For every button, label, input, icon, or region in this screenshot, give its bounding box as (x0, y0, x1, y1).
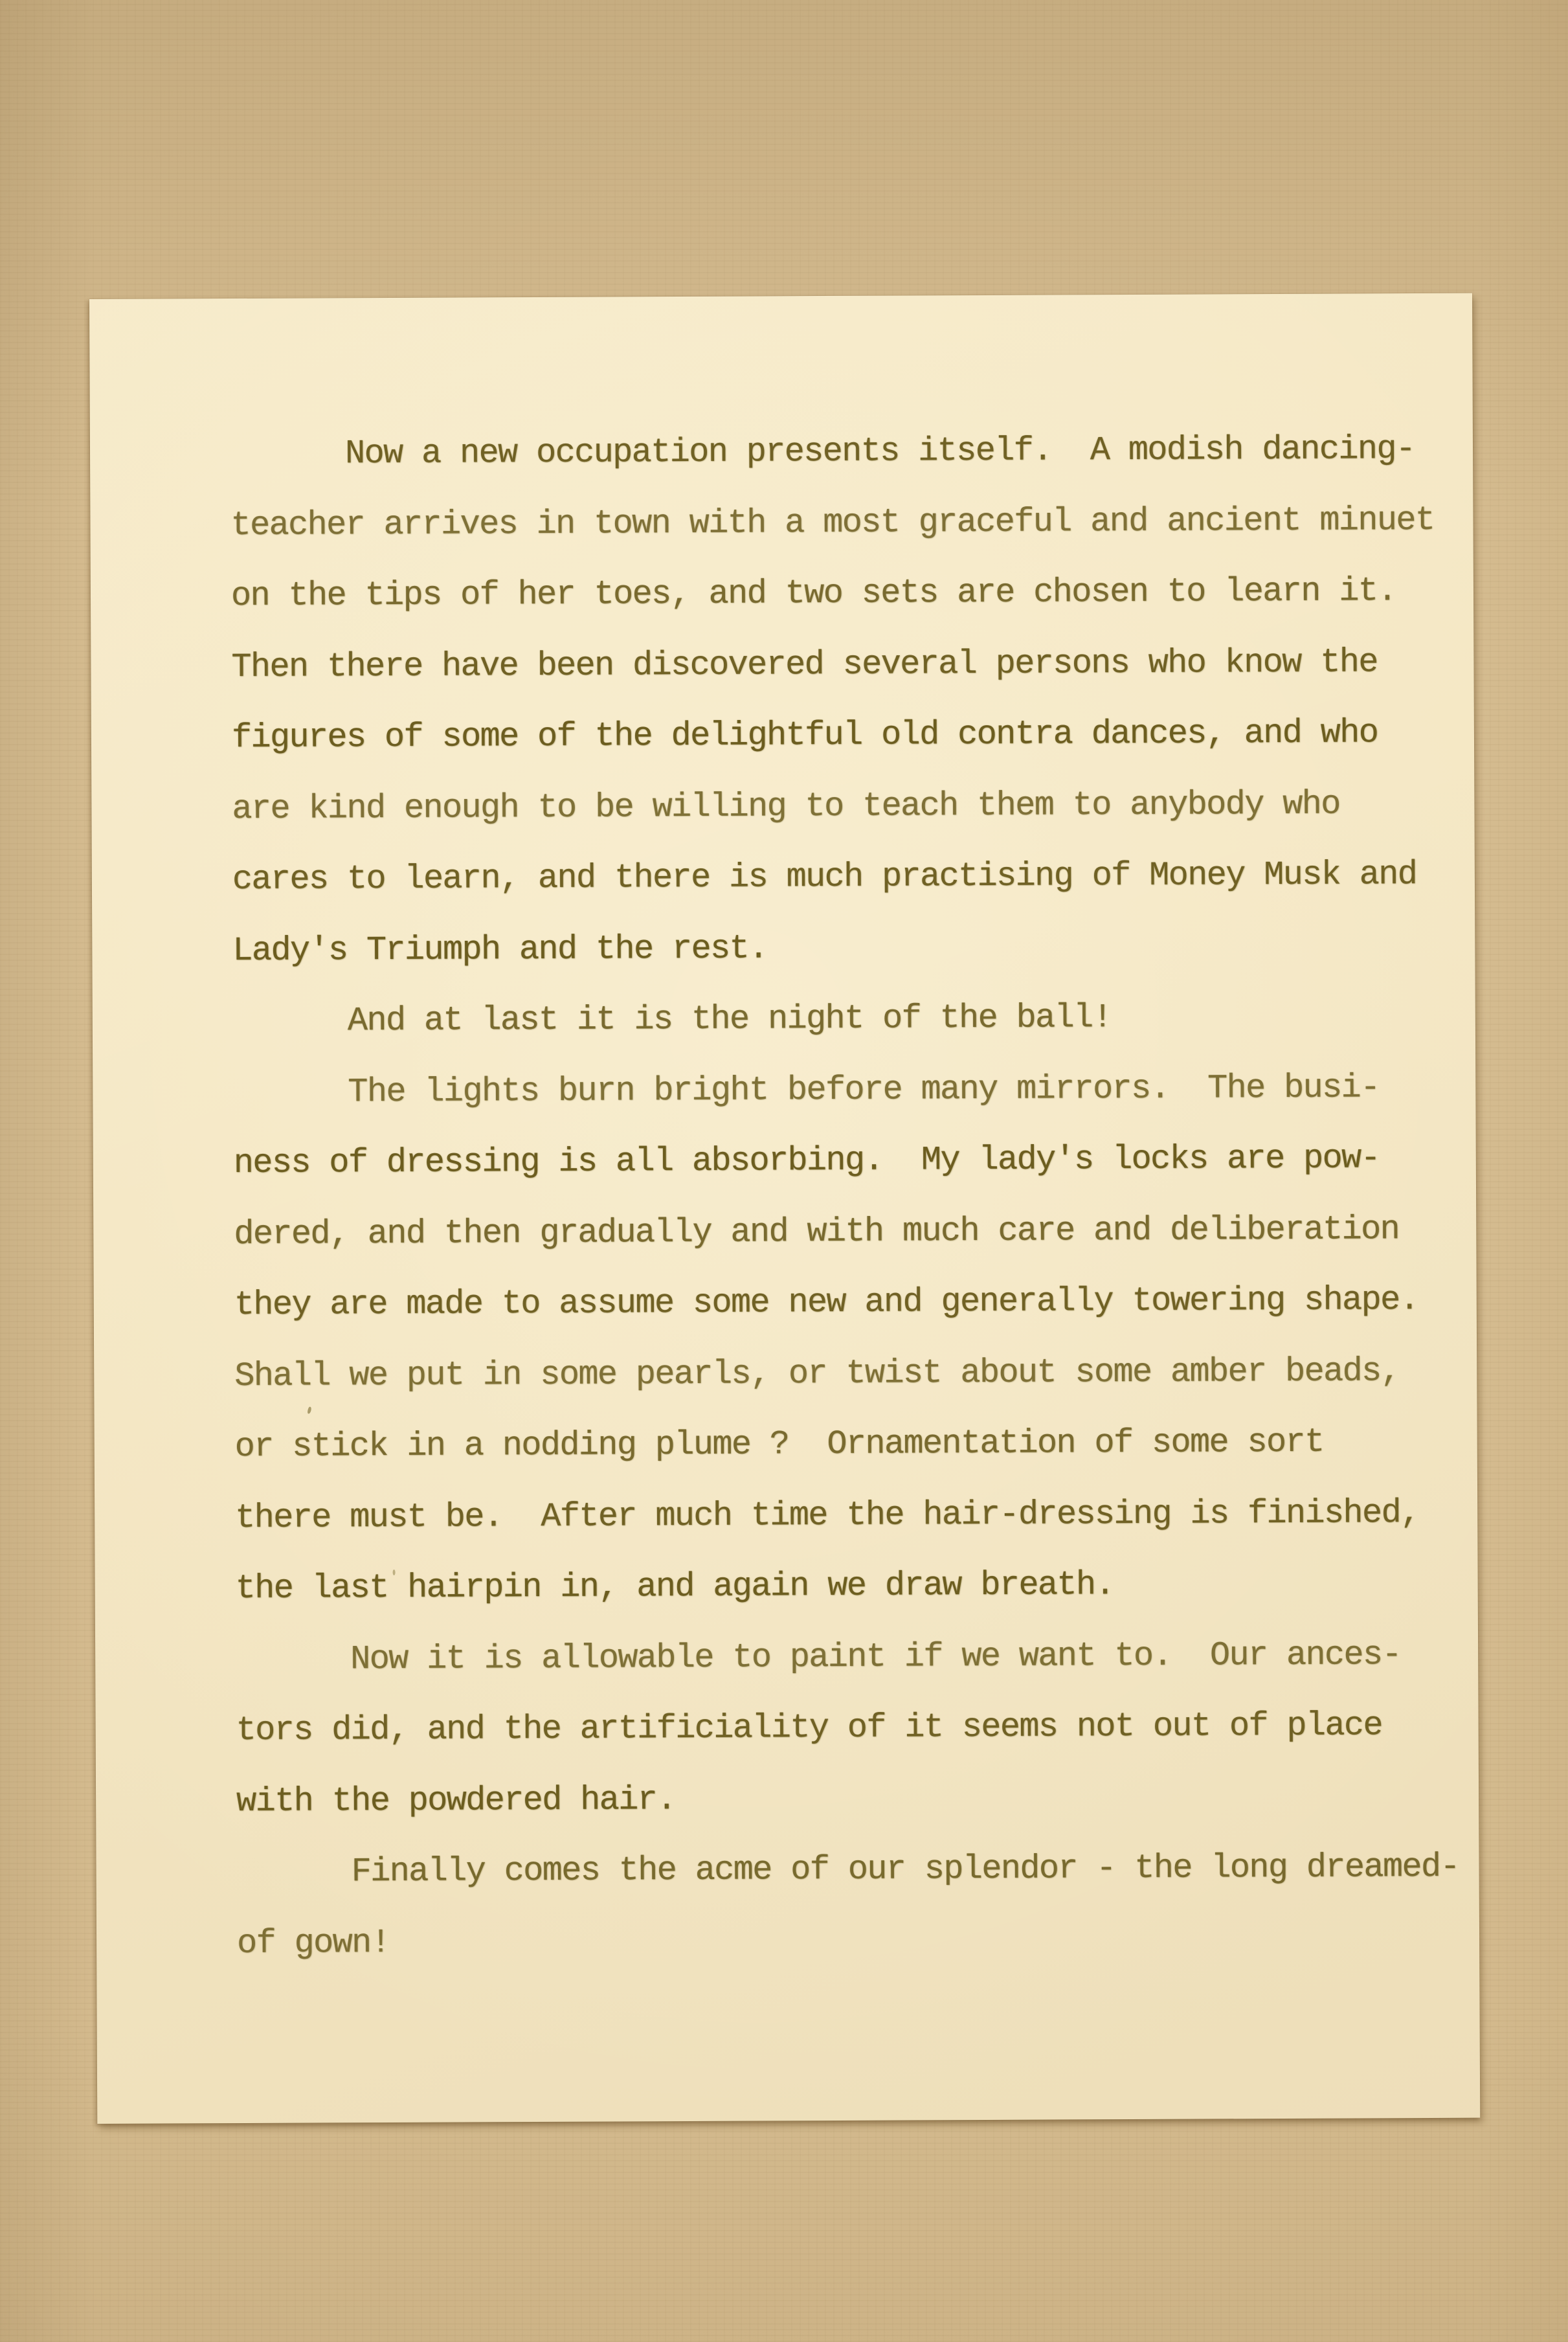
typed-line: or stick in a nodding plume ? Ornamentat… (234, 1406, 1432, 1483)
typed-line: Now a new occupation presents itself. A … (230, 414, 1428, 490)
typed-line: dered, and then gradually and with much … (234, 1193, 1431, 1270)
typed-line: they are made to assume some new and gen… (234, 1265, 1432, 1341)
typed-line: Shall we put in some pearls, or twist ab… (234, 1335, 1432, 1412)
typed-line: Then there have been discovered several … (231, 626, 1429, 703)
typed-line: Finally comes the acme of our splendor -… (236, 1832, 1434, 1908)
typed-line: Now it is allowable to paint if we want … (236, 1619, 1433, 1695)
typed-line: there must be. After much time the hair-… (235, 1477, 1433, 1553)
typed-line: The lights burn bright before many mirro… (233, 1052, 1431, 1128)
photo-backdrop: Now a new occupation presents itself. A … (0, 0, 1568, 2342)
typed-line: tors did, and the artificiality of it se… (236, 1690, 1433, 1766)
typed-line: on the tips of her toes, and two sets ar… (231, 556, 1429, 632)
typed-line: ness of dressing is all absorbing. My la… (234, 1123, 1431, 1199)
paper-sheet: Now a new occupation presents itself. A … (89, 293, 1480, 2124)
typed-line: Lady's Triumph and the rest. (232, 910, 1430, 986)
typed-line: with the powdered hair. (236, 1761, 1434, 1837)
typed-line: cares to learn, and there is much practi… (232, 839, 1430, 916)
typed-line: And at last it is the night of the ball! (233, 981, 1431, 1057)
typed-line: are kind enough to be willing to teach t… (232, 768, 1429, 844)
typed-line: the last hairpin in, and again we draw b… (235, 1548, 1433, 1625)
typed-line: teacher arrives in town with a most grac… (230, 484, 1428, 561)
typed-text-block: Now a new occupation presents itself. A … (230, 414, 1435, 1979)
typed-line: of gown! (237, 1902, 1435, 1979)
typed-line: figures of some of the delightful old co… (232, 697, 1429, 774)
